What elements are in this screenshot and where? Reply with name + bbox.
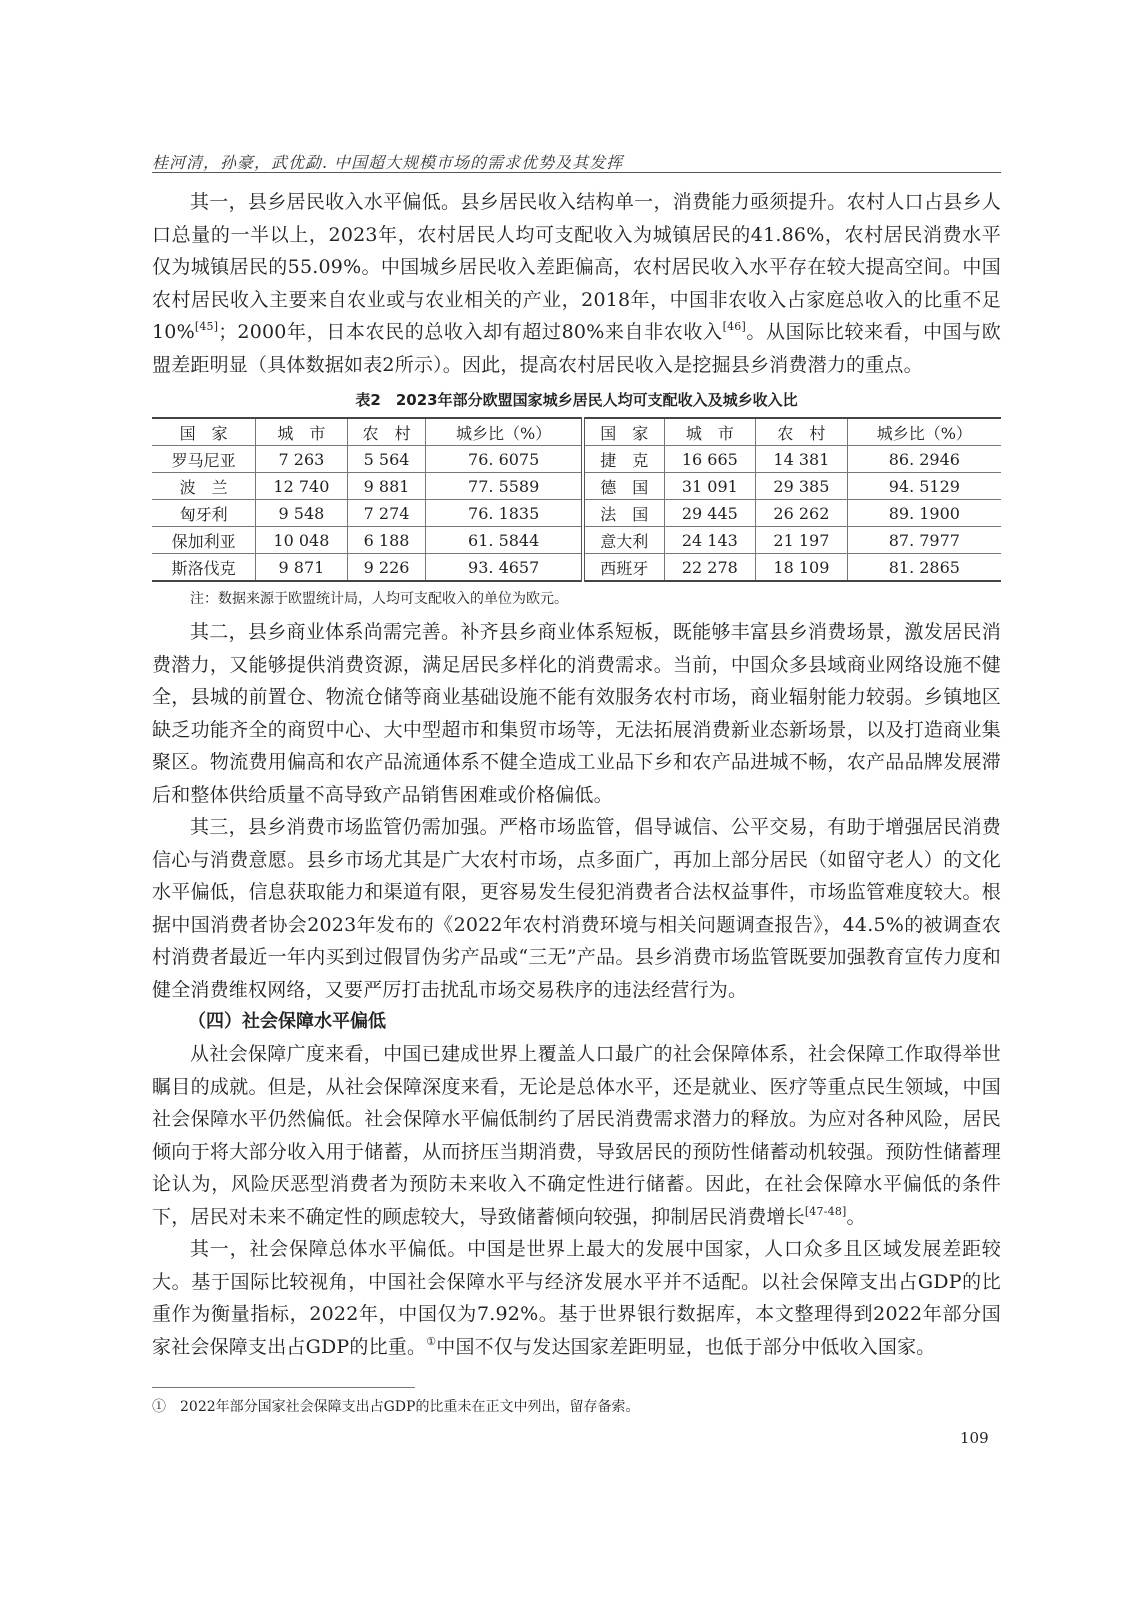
header-rule — [152, 172, 1001, 173]
table-cell: 29 445 — [664, 500, 756, 527]
eu-income-table: 国 家 城 市 农 村 城乡比（%） 国 家 城 市 农 村 城乡比（%） 罗马… — [152, 417, 1001, 582]
paragraph-income: 其一，县乡居民收入水平偏低。县乡居民收入结构单一，消费能力亟须提升。农村人口占县… — [152, 186, 1001, 381]
table-cell: 6 188 — [347, 527, 426, 554]
table-row: 波 兰 12 740 9 881 77. 5589 德 国 31 091 29 … — [152, 473, 1001, 500]
table-cell: 斯洛伐克 — [152, 554, 256, 582]
paragraph-regulation: 其三，县乡消费市场监管仍需加强。严格市场监管，倡导诚信、公平交易，有助于增强居民… — [152, 811, 1001, 1006]
table-row: 斯洛伐克 9 871 9 226 93. 4657 西班牙 22 278 18 … — [152, 554, 1001, 582]
table-cell: 意大利 — [583, 527, 664, 554]
table-cell: 76. 6075 — [426, 446, 583, 473]
paragraph-social-security-level: 其一，社会保障总体水平偏低。中国是世界上最大的发展中国家，人口众多且区域发展差距… — [152, 1233, 1001, 1363]
page-number: 109 — [960, 1429, 989, 1447]
table-cell: 24 143 — [664, 527, 756, 554]
table-cell: 81. 2865 — [847, 554, 1001, 582]
col-header: 国 家 — [583, 418, 664, 446]
table-cell: 18 109 — [756, 554, 848, 582]
table-title: 表2 2023年部分欧盟国家城乡居民人均可支配收入及城乡收入比 — [152, 389, 1001, 410]
footnote-rule — [152, 1387, 415, 1388]
table-cell: 9 548 — [256, 500, 348, 527]
table-note: 注：数据来源于欧盟统计局，人均可支配收入的单位为欧元。 — [190, 588, 1001, 608]
table-cell: 波 兰 — [152, 473, 256, 500]
table-cell: 26 262 — [756, 500, 848, 527]
table-row: 匈牙利 9 548 7 274 76. 1835 法 国 29 445 26 2… — [152, 500, 1001, 527]
citation-46: [46] — [723, 320, 746, 333]
paragraph-text: 中国不仅与发达国家差距明显，也低于部分中低收入国家。 — [436, 1336, 935, 1358]
table-cell: 西班牙 — [583, 554, 664, 582]
table-cell: 29 385 — [756, 473, 848, 500]
table-cell: 7 274 — [347, 500, 426, 527]
table-cell: 9 226 — [347, 554, 426, 582]
table-cell: 匈牙利 — [152, 500, 256, 527]
table-cell: 89. 1900 — [847, 500, 1001, 527]
paragraph-text: ；2000年，日本农民的总收入却有超过80%来自非农收入 — [218, 321, 722, 343]
table-cell: 9 871 — [256, 554, 348, 582]
table-cell: 12 740 — [256, 473, 348, 500]
table-cell: 87. 7977 — [847, 527, 1001, 554]
paragraph-text: 从社会保障广度来看，中国已建成世界上覆盖人口最广的社会保障体系，社会保障工作取得… — [152, 1043, 1001, 1228]
table-cell: 10 048 — [256, 527, 348, 554]
table-cell: 捷 克 — [583, 446, 664, 473]
table-cell: 21 197 — [756, 527, 848, 554]
table-cell: 86. 2946 — [847, 446, 1001, 473]
col-header: 城 市 — [664, 418, 756, 446]
table-cell: 16 665 — [664, 446, 756, 473]
table-cell: 77. 5589 — [426, 473, 583, 500]
section-heading: （四）社会保障水平偏低 — [152, 1006, 1001, 1038]
table-cell: 保加利亚 — [152, 527, 256, 554]
table-cell: 5 564 — [347, 446, 426, 473]
footnote-marker: ① — [426, 1335, 436, 1348]
paragraph-commerce: 其二，县乡商业体系尚需完善。补齐县乡商业体系短板，既能够丰富县乡消费场景，激发居… — [152, 616, 1001, 811]
col-header: 城 市 — [256, 418, 348, 446]
paragraph-social-security: 从社会保障广度来看，中国已建成世界上覆盖人口最广的社会保障体系，社会保障工作取得… — [152, 1038, 1001, 1233]
table-row: 罗马尼亚 7 263 5 564 76. 6075 捷 克 16 665 14 … — [152, 446, 1001, 473]
table-cell: 7 263 — [256, 446, 348, 473]
table-cell: 76. 1835 — [426, 500, 583, 527]
table-row: 保加利亚 10 048 6 188 61. 5844 意大利 24 143 21… — [152, 527, 1001, 554]
paper-page: 桂河清，孙豪，武优勐. 中国超大规模市场的需求优势及其发挥 其一，县乡居民收入水… — [0, 0, 1140, 1600]
table-cell: 94. 5129 — [847, 473, 1001, 500]
main-content: 其一，县乡居民收入水平偏低。县乡居民收入结构单一，消费能力亟须提升。农村人口占县… — [152, 186, 1001, 1363]
running-head: 桂河清，孙豪，武优勐. 中国超大规模市场的需求优势及其发挥 — [152, 150, 1002, 173]
citation-47-48: [47-48] — [805, 1205, 847, 1218]
paragraph-text: 。 — [847, 1206, 866, 1228]
table-cell: 31 091 — [664, 473, 756, 500]
footnote: ① 2022年部分国家社会保障支出占GDP的比重未在正文中列出，留存备索。 — [152, 1396, 639, 1416]
table-header-row: 国 家 城 市 农 村 城乡比（%） 国 家 城 市 农 村 城乡比（%） — [152, 418, 1001, 446]
table-cell: 罗马尼亚 — [152, 446, 256, 473]
col-header: 城乡比（%） — [426, 418, 583, 446]
col-header: 农 村 — [347, 418, 426, 446]
table-cell: 9 881 — [347, 473, 426, 500]
table-cell: 德 国 — [583, 473, 664, 500]
col-header: 农 村 — [756, 418, 848, 446]
table-cell: 法 国 — [583, 500, 664, 527]
col-header: 城乡比（%） — [847, 418, 1001, 446]
table-cell: 22 278 — [664, 554, 756, 582]
citation-45: [45] — [195, 320, 218, 333]
table-cell: 61. 5844 — [426, 527, 583, 554]
table-cell: 14 381 — [756, 446, 848, 473]
table-cell: 93. 4657 — [426, 554, 583, 582]
col-header: 国 家 — [152, 418, 256, 446]
